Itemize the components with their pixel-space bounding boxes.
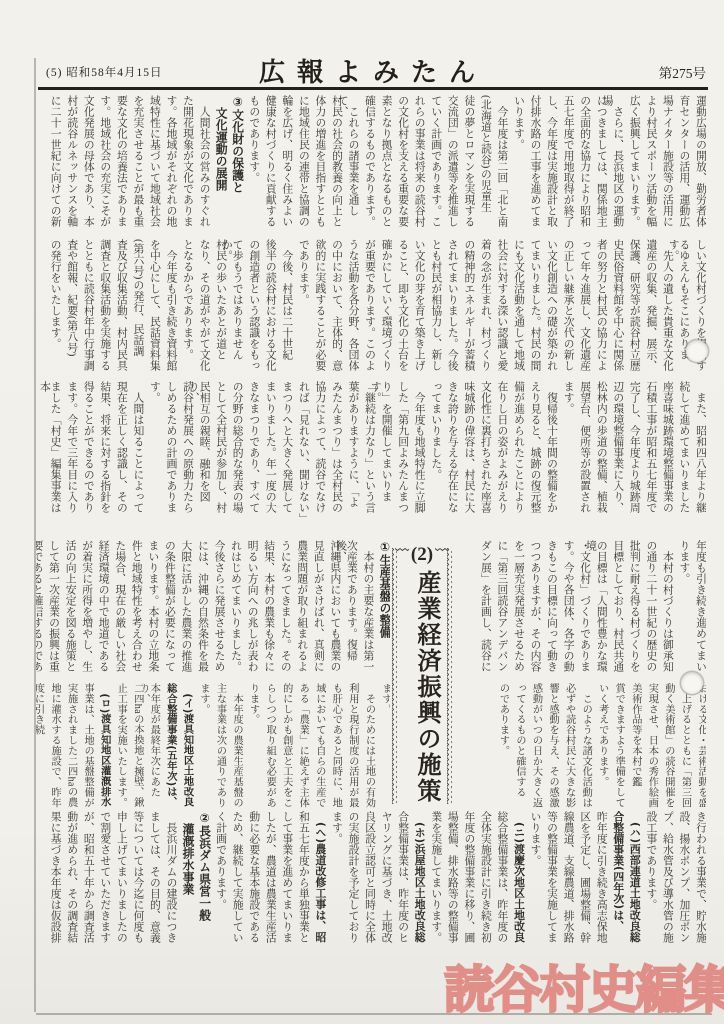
text-column: えり見ると、城跡の復元整	[524, 381, 541, 520]
text-column: 現在を正しく認識し、その	[110, 381, 127, 520]
text-column: 設工事であります。	[640, 811, 657, 955]
text-column: 結果、本村の農業も徐々に	[258, 540, 275, 679]
text-column: ます。今年で三年目に入り	[61, 381, 78, 520]
text-column: まいります。本村の立地条	[142, 540, 159, 679]
section-number: (2)	[390, 544, 454, 566]
text-column: ました「村史」編集事業は本	[44, 381, 61, 520]
text-column: の実施設計を予定しており	[342, 811, 359, 955]
text-column: し、今年度は実施設計と取	[541, 95, 558, 236]
text-column: す。地域社会の充実こそが	[94, 95, 111, 236]
text-column: 活の向上安定を図る施策と	[59, 540, 76, 679]
text-column: 昨年度に引き続き高志保地	[590, 811, 607, 955]
text-column: 総合整備事業は、昨年度の	[491, 811, 508, 955]
text-column: 結果、将来に対する指針を	[94, 381, 111, 520]
text-column: より村民スポーツ活動を幅	[640, 95, 657, 236]
text-column: の精神的エネルギーが蓄積	[458, 239, 475, 378]
text-column: 育センターの活用、運動広	[673, 95, 690, 236]
text-column: しめるための計画でありま	[160, 381, 177, 520]
text-column: 先人の遺した貴重な文化	[656, 239, 673, 378]
text-column: 年度も引き続き進めてまい	[689, 540, 706, 679]
text-column: 輪を広げ、明るく住みよい	[276, 95, 293, 236]
text-column: 長浜川ダムの建設につき	[160, 811, 177, 955]
text-column: ・文化村」づくりでありま	[574, 540, 591, 679]
text-column: まいりました。年一度の大	[259, 381, 276, 520]
text-column: 等の整備事業を実施してま	[541, 811, 558, 955]
text-column: 止工事を実施いたします。	[109, 683, 126, 808]
text-column: 全体実施設計に引き続き初	[474, 811, 491, 955]
text-column: の目標は「人間性豊かな環境	[590, 540, 607, 679]
heading-column: 合整備事業(四年次)は、	[607, 811, 624, 955]
text-column: 確信するものであります。	[359, 95, 376, 236]
text-column: これらの諸事業を通して、	[342, 95, 359, 236]
text-column: 確かにしていく環境づくり	[375, 239, 392, 378]
text-column: 年度の整備事業に移り、圃	[458, 811, 475, 955]
text-column: 交流団」の派遣等を推進し	[441, 95, 458, 236]
text-column: 完了し、今年度より城跡周	[623, 381, 640, 520]
text-column: 合整備事業は、昨年度のヒ	[392, 811, 409, 955]
text-column: 場整備、排水路等の整備事	[441, 811, 458, 955]
section-title: 産業経済振興の施策	[409, 570, 444, 804]
text-column: の通り二十一世紀の歴史の	[640, 540, 657, 679]
text-column: い文化の芽を育て築き上げ	[408, 239, 425, 378]
text-column: みたんまつり」は全村民の	[325, 381, 342, 520]
binder-hole-bottom	[681, 672, 703, 694]
heading-column: ③文化財の保護と	[226, 95, 243, 236]
text-column: ダン展」を計画し、読谷に	[474, 540, 491, 679]
heading-column: 文化運動の展開	[210, 95, 227, 236]
text-column: の正しい継承と次代の新し	[557, 239, 574, 378]
text-column: 五七年度で用地取得が終了	[557, 95, 574, 236]
text-column: いります。	[507, 95, 524, 236]
text-column: てまいりました。村民の間	[524, 239, 541, 378]
text-column: 本村の村づくりは御承知	[656, 540, 673, 679]
text-band-6: き行われる事業で、貯水施設、揚水ポンプ、加圧ポンプ、給水管及び導水管の施設工事で…	[40, 811, 706, 955]
text-column: す。今や各団体、各字の動	[557, 540, 574, 679]
text-column: た開花現象が文化でありま	[177, 95, 194, 236]
text-column: 線農道、支線農道、排水路	[557, 811, 574, 955]
text-column: いります。	[524, 811, 541, 955]
text-column: きもこの目標に向って動き	[541, 540, 558, 679]
text-column: 体力の増進を目指すととも	[309, 95, 326, 236]
text-column: 度に引き続	[36, 683, 43, 808]
text-column: 動く美術館」の読谷開催を	[656, 683, 673, 808]
text-column: 農業問題が取り組まれるよ	[291, 540, 308, 679]
text-column: 本年度が最終年次にあたり、	[142, 683, 159, 808]
text-column: れらの事業は将来の読谷村	[408, 95, 425, 236]
text-band-4-right: 年度も引き続き進めてまいります。 本村の村づくりは御承知の通り二十一世紀の歴史の…	[452, 540, 706, 679]
text-column: 事業は、土地の基盤整備が	[76, 683, 93, 808]
text-column: 区を予定し、圃場整備、幹	[574, 811, 591, 955]
text-column: が重要であります。このよ	[359, 239, 376, 378]
text-column: 場ナイター施設等の活用に	[656, 95, 673, 236]
text-column: ます。	[191, 683, 208, 808]
text-column: の中において、主体的、意	[325, 239, 342, 378]
text-column: 本村の主要な産業は第一	[357, 540, 374, 679]
text-column: で割愛させていただきます	[94, 811, 111, 955]
text-column: ます。	[373, 683, 390, 808]
text-column: 美術作品等を本村で鑑	[623, 683, 640, 808]
text-column: 設、揚水ポンプ、加圧ポン	[673, 811, 690, 955]
text-column: ヤリングに基づき、土地改	[375, 811, 392, 955]
text-column: のであります。	[491, 683, 508, 808]
text-column: (第六号)の発行、民話調	[127, 239, 144, 378]
text-column: り上げるとともに「第三回	[673, 683, 690, 808]
text-column: の分野の総合的な発表の場	[226, 381, 243, 520]
text-column: 者の努力と村民の協力によ	[590, 239, 607, 378]
binder-hole-top	[686, 340, 708, 362]
text-column: 良区設立認可と同時に全体	[359, 811, 376, 955]
text-band-4-left: ①生産基盤の整備 本村の主要な産業は第一次産業であります。復帰後、沖縄県内におい…	[36, 540, 390, 679]
text-column: には、沖縄の自然条件を最	[191, 540, 208, 679]
text-column: 実施されました二四haの農	[59, 683, 76, 808]
text-column: として全村民が参加し、村	[210, 381, 227, 520]
text-column: 読谷村発展への原動力たら	[177, 381, 194, 520]
heading-column: (ホ)浜屋地区土地改良総	[408, 811, 425, 955]
text-column: そのためには土地の有効	[357, 683, 374, 808]
publication-title: 広報よみたん	[38, 52, 708, 89]
heading-column: (ハ)西部連道土地改良総	[623, 811, 640, 955]
text-column: につきましては、関係地主	[590, 95, 607, 236]
text-column: 得ることができるのであり	[77, 381, 94, 520]
text-column: 響と感動を与え、その感激	[541, 683, 558, 808]
text-column: なり、その道がやがて文化	[193, 239, 210, 378]
text-column: 遺産の収集、発掘、展示、	[640, 239, 657, 378]
text-column: って年々進展し、文化遺産	[574, 239, 591, 378]
text-column: 後半の読谷村における文化	[259, 239, 276, 378]
text-column: 松林内の歩道の整備、植栽	[590, 381, 607, 520]
text-band-3: また、昭和四八年より継続して進めてまいりました座喜味城跡環境整備事業の石積工事が…	[40, 381, 706, 520]
masthead-rule	[38, 87, 708, 90]
text-column: 域特性に基づいて地域社会	[143, 95, 160, 236]
text-column: 民相互の親睦、融和を図り、	[193, 381, 210, 520]
text-column: を充実させることが最も重	[127, 95, 144, 236]
text-column: さらに、長浜地区の運動場	[607, 95, 624, 236]
text-column: 「継続は力なり」という言	[359, 381, 376, 520]
text-band-5-left: ます。 そのためには土地の有効利用と現行制度の活用が最も肝心であると同時に、地域…	[36, 683, 390, 808]
text-column: きなまつりであり、すべて	[243, 381, 260, 520]
text-column: (北海道と読谷)の児童生	[474, 95, 491, 236]
text-column: 感動がいつの日か大きく返	[524, 683, 541, 808]
text-column: 味城跡の偉容は、村民に大	[458, 381, 475, 520]
text-column: 村民の歩いたあとが道と	[210, 239, 227, 378]
heading-column: 灌漑排水事業	[177, 811, 194, 955]
text-column: であります。	[292, 239, 309, 378]
text-column: 社会に対する深い認識と愛	[491, 239, 508, 378]
text-column: に地域住民の連帯と協調の	[292, 95, 309, 236]
text-column: 的にしかも創意と工夫をこ	[274, 683, 291, 808]
text-column: 二四haの本換地と擁壁、鍬	[125, 683, 142, 808]
text-column: の全面的な協力により昭和	[574, 95, 591, 236]
text-column: 査や館報、紀要(第八号)	[61, 239, 78, 378]
text-column: おける文化・芸術活動を盛	[689, 683, 706, 808]
text-column: にも文化活動を通して地域	[507, 239, 524, 378]
text-column: 健康な村づくりに貢献する	[259, 95, 276, 236]
text-column: 明るい方向への兆しが表わ	[241, 540, 258, 679]
heading-column: (イ)渡具知地区土地改良	[175, 683, 192, 808]
text-column: 辺の環境整備事業に入り、	[607, 381, 624, 520]
text-column: 今後さらに発展させるため	[208, 540, 225, 679]
text-column: きな誇りを与える存在にな	[441, 381, 458, 520]
text-column: 必ずや読谷村民に大きな影	[557, 683, 574, 808]
archive-stamp: 読谷村史編集室	[444, 950, 724, 1022]
text-column: とともに読谷村年中行事調	[77, 239, 94, 378]
text-column: 本年度の農業生産基盤の	[225, 683, 242, 808]
text-column: 地に灌水する施設で、昨年	[43, 683, 60, 808]
text-column: つつありますが、その内容	[524, 540, 541, 679]
text-column: に「第三回読谷アンデパン	[491, 540, 508, 679]
heading-column: ①生産基盤の整備	[373, 540, 390, 679]
text-column: 次産業であります。復帰後、	[340, 540, 357, 679]
text-column: 座喜味城跡環境整備事業の	[656, 381, 673, 520]
text-column: 経済環境の中で地道である	[92, 540, 109, 679]
text-column: の文化村を支える重要な要	[392, 95, 409, 236]
text-column: 要であると確信するのであり	[36, 540, 43, 679]
text-column: 動が進められ、その調査結	[61, 811, 78, 955]
heading-column: (ロ)渡具知地区灌漑排水	[92, 683, 109, 808]
text-column: まつりへと大きく発展して	[276, 381, 293, 520]
text-column: して事業を進めてまいりま	[276, 811, 293, 955]
text-column: も肝心であると同時に、地	[324, 683, 341, 808]
text-column: 人間は知ることによって	[127, 381, 144, 520]
text-column: 村が読谷ルネッサンスを軸	[61, 95, 78, 236]
text-column: 域においても自らの生産で	[307, 683, 324, 808]
text-column: 今年度も引き続き資料館	[160, 239, 177, 378]
text-column: 和五七年度から単独事業と	[292, 811, 309, 955]
text-column: を中心にして、民話資料集	[143, 239, 160, 378]
text-column: うな活動を各分野、各団体	[342, 239, 359, 378]
text-column: 運動広場の開放、勤労者体	[689, 95, 706, 236]
text-column: 着の念が生まれ、村づくり	[474, 239, 491, 378]
text-column: す。	[143, 381, 160, 520]
text-column: 石積工事が昭和五七年度で	[640, 381, 657, 520]
text-column: を一層充実発展させるため	[507, 540, 524, 679]
text-column: 主な事業は次の通りであり	[208, 683, 225, 808]
text-column: の発行をいたします。	[44, 239, 61, 378]
text-column: 村民の社会的教養の向上と	[325, 95, 342, 236]
text-column: ある「農業」に絶えず主体	[291, 683, 308, 808]
text-column: 文化性に裏打ちされた座喜	[474, 381, 491, 520]
text-column: ります。	[241, 683, 258, 808]
text-column: 今年度は第二回「北と南	[491, 95, 508, 236]
text-column: ます。	[557, 381, 574, 520]
text-column: ものであります。	[243, 95, 260, 236]
text-column: らしつつ取り組む必要があ	[258, 683, 275, 808]
text-column: となるからであります。	[177, 239, 194, 378]
page-edge-bottom	[36, 1013, 712, 1015]
text-column: とも村民が相協力し、新し	[425, 239, 442, 378]
text-column: ため、継続して実施してい	[226, 811, 243, 955]
text-column: 復帰後十年間の整備をか	[541, 381, 558, 520]
text-column: 広く振興してまいります。	[623, 95, 640, 236]
text-column: す。各地域がそれぞれの地	[160, 95, 177, 236]
text-column: ていく計画であります。こ	[425, 95, 442, 236]
text-column: して第一次産業の振興は重	[43, 540, 60, 679]
text-column: れば「見れない、聞けない」	[292, 381, 309, 520]
text-column: き行われる事業で、貯水施	[689, 811, 706, 955]
text-column: て歩もうではありませんか。	[226, 239, 243, 378]
text-column: また、昭和四八年より継	[689, 381, 706, 520]
text-column: 賞できますよう準備をして	[607, 683, 624, 808]
text-column: 備が進められたことにより	[507, 381, 524, 520]
text-column: 史民俗資料館を中心に関係	[607, 239, 624, 378]
text-column: 件と地域特性を考え合わせ	[125, 540, 142, 679]
text-band-5-right: おける文化・芸術活動を盛り上げるとともに「第三回動く美術館」の読谷開催を実現させ…	[452, 683, 706, 808]
text-column: 沖縄県内においても農業の	[324, 540, 341, 679]
text-column: が着実に所得を増やし、生	[76, 540, 93, 679]
text-column: 目標としており、村民共通	[607, 540, 624, 679]
text-column: ましては、その目的、意義	[143, 811, 160, 955]
text-column: 展望台、便所等が設置され	[574, 381, 591, 520]
heading-column: ②長浜ダム県営一般	[193, 811, 210, 955]
text-column: 徒の夢とロマンを実現する	[458, 95, 475, 236]
text-column: したが、農道は農業生産活	[259, 811, 276, 955]
text-column: 今後、村民は二十世紀	[276, 239, 293, 378]
text-column: ること、即ち文化の土台を	[392, 239, 409, 378]
text-column: 在りし日の姿がよみがえり	[491, 381, 508, 520]
text-column: い文化創造への礎が築かれ	[541, 239, 558, 378]
page-edge-left	[34, 58, 36, 1012]
text-column: されてまいりました。今後	[441, 239, 458, 378]
text-column: 実現させ、日本の秀作絵画	[640, 683, 657, 808]
text-column: 利用と現行制度の活用が最	[340, 683, 357, 808]
text-column: ます。	[325, 811, 342, 955]
heading-column: (ニ)渡慶次地区土地改良	[507, 811, 524, 955]
text-column: 動に必要な基本施設である	[243, 811, 260, 955]
text-column: れはじめてまいりました。	[225, 540, 242, 679]
text-column: ってまいりました。	[425, 381, 442, 520]
text-column: り」を開催してまいります。	[375, 381, 392, 520]
newspaper-page: (5) 昭和58年4月15日 広報よみたん 第275号 運動広場の開放、勤労者体…	[0, 0, 724, 1024]
text-column: 素となり拠点となるものと	[375, 95, 392, 236]
masthead: (5) 昭和58年4月15日 広報よみたん 第275号	[38, 52, 708, 88]
text-column: 申し上げてまいりましたの	[110, 811, 127, 955]
text-column: 保護、研究等が読谷村立歴	[623, 239, 640, 378]
heading-column: 総合整備事業(五年次)は、	[158, 683, 175, 808]
text-column: 要な文化の培養法でありま	[110, 95, 127, 236]
text-column: プ、給水管及び導水管の施	[656, 811, 673, 955]
text-band-2: しい文化村づくりを提唱するゆえんもそこにあります。 先人の遺した貴重な文化遺産の…	[40, 239, 706, 378]
text-column: が、昭和五十年から調査活	[77, 811, 94, 955]
text-column: の条件整備が必要になって	[158, 540, 175, 679]
text-column: 続して進めてまいりました	[673, 381, 690, 520]
text-column: いく考えであります。	[590, 683, 607, 808]
text-column: 批判に耐え得る村づくりを	[623, 540, 640, 679]
text-column: に二十一世紀に向けての新	[44, 95, 61, 236]
text-column: した「第九回よみたんまつ	[392, 381, 409, 520]
text-column: 見直しがさけばれ、真剣に	[307, 540, 324, 679]
text-column: 人間社会の営みのすぐれ	[193, 95, 210, 236]
text-column: た場合、現在の厳しい社会	[109, 540, 126, 679]
text-column: ってくるものと確信する	[507, 683, 524, 808]
text-column: 等については今迄に何度も	[127, 811, 144, 955]
text-column: く計画であります。	[210, 811, 227, 955]
text-column: 査及び収集活動、村内民具	[110, 239, 127, 378]
text-column: 今年度も地域特性に立脚	[408, 381, 425, 520]
text-column: 葉がありますように、「よ	[342, 381, 359, 520]
text-column: 付排水路の工事を進めてま	[524, 95, 541, 236]
text-band-1: 運動広場の開放、勤労者体育センターの活用、運動広場ナイター施設等の活用により村民…	[40, 95, 706, 236]
text-column: 協力によって、読谷でなけ	[309, 381, 326, 520]
text-column: 欲的に実践することが必要	[309, 239, 326, 378]
text-column: このような諸文化活動は	[574, 683, 591, 808]
issue-number: 第275号	[659, 62, 706, 82]
text-column: 文化発展の母体であり、本	[77, 95, 94, 236]
heading-column: (ヘ)農道改修工事は、昭	[309, 811, 326, 955]
text-column: 業を実施してまいります。	[425, 811, 442, 955]
section-heading: (2) 産業経済振興の施策	[390, 542, 454, 808]
text-column: 大限に活かした農業の推進	[175, 540, 192, 679]
text-column: 果に基づき本年度は仮設排	[44, 811, 61, 955]
text-column: ります。	[673, 540, 690, 679]
text-column: 調査と収集活動を実施する	[94, 239, 111, 378]
text-column: うになってきました。その	[274, 540, 291, 679]
text-column: の創造者という認識をもっ	[243, 239, 260, 378]
